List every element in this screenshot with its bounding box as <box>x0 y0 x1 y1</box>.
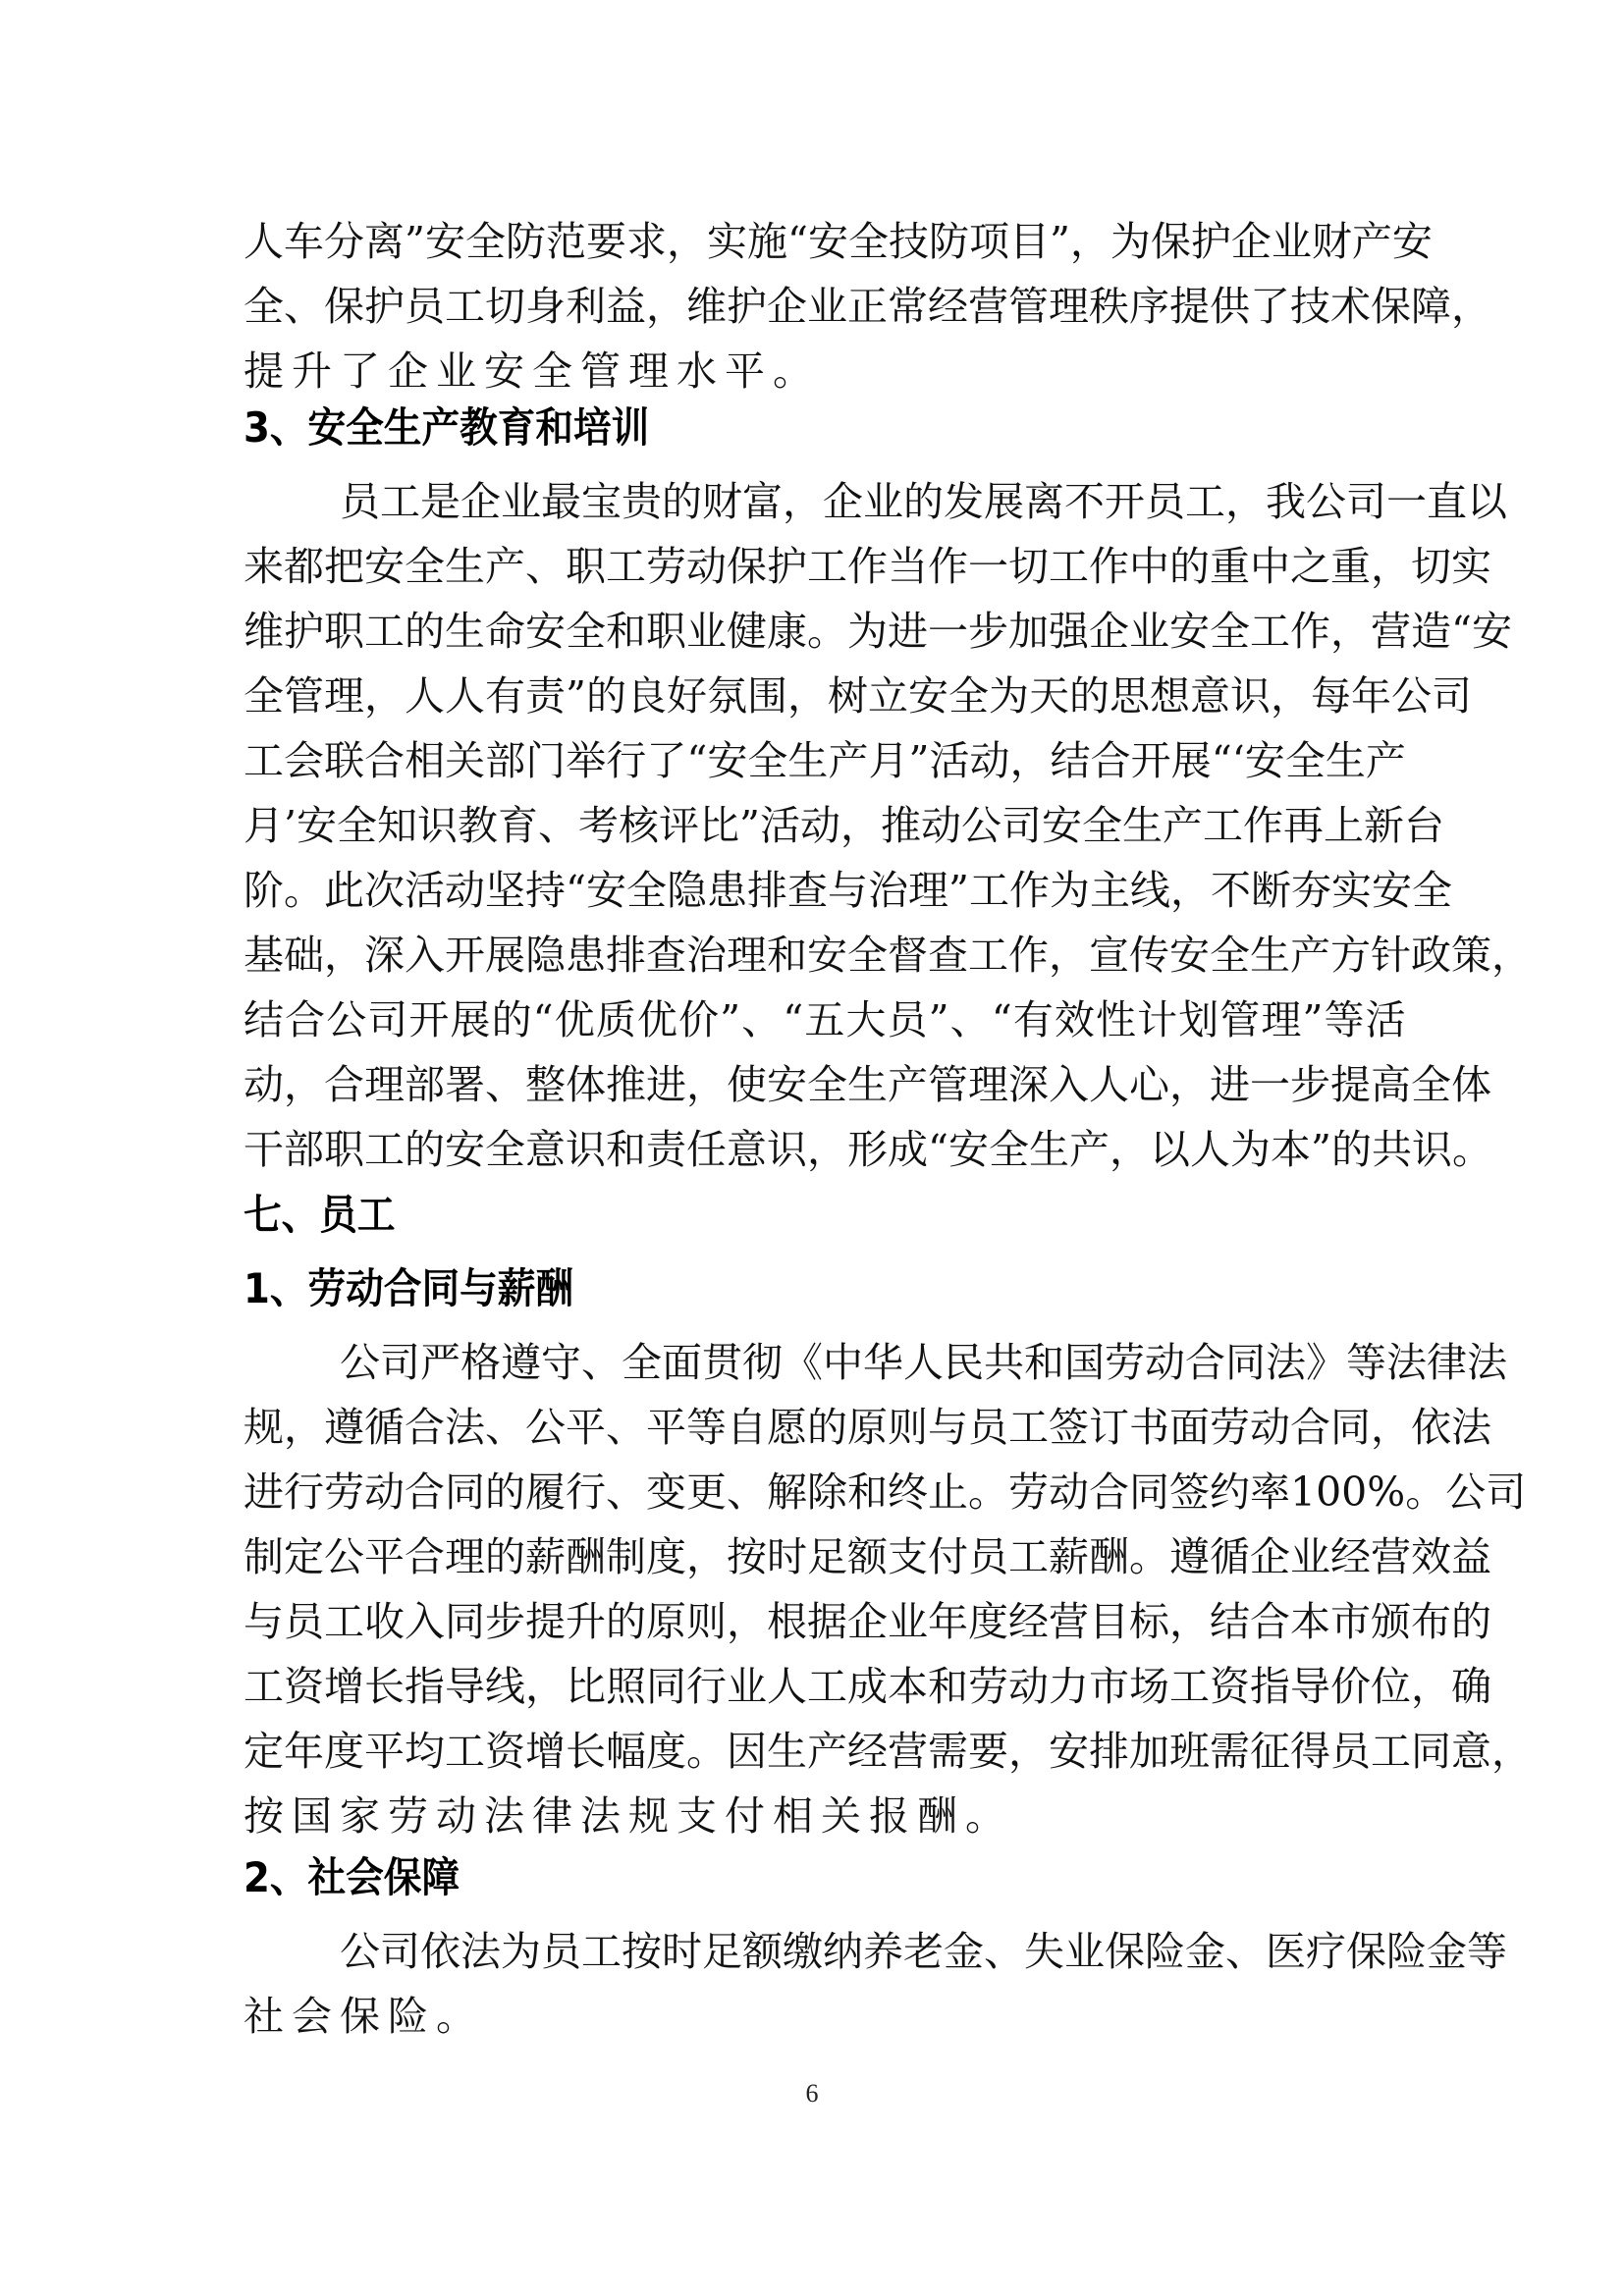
paragraph-line: 月’安全知识教育、考核评比”活动，推动公司安全生产工作再上新台 <box>244 793 1406 858</box>
paragraph-line: 维护职工的生命安全和职业健康。为进一步加强企业安全工作，营造“安 <box>244 599 1406 664</box>
paragraph-line: 工资增长指导线，比照同行业人工成本和劳动力市场工资指导价位，确 <box>244 1654 1406 1719</box>
paragraph-line: 动，合理部署、整体推进，使安全生产管理深入人心，进一步提高全体 <box>244 1052 1406 1117</box>
paragraph-line: 基础，深入开展隐患排查治理和安全督查工作，宣传安全生产方针政策， <box>244 923 1406 988</box>
paragraph-line: 社会保险。 <box>244 1984 1406 2049</box>
chapter-heading-employees: 七、员工 <box>244 1183 396 1248</box>
section-heading-social-security: 2、社会保障 <box>244 1845 460 1910</box>
paragraph-line: 公司严格遵守、全面贯彻《中华人民共和国劳动合同法》等法律法 <box>244 1330 1406 1395</box>
paragraph-line: 进行劳动合同的履行、变更、解除和终止。劳动合同签约率100%。公司 <box>244 1460 1406 1524</box>
paragraph-line: 按国家劳动法律法规支付相关报酬。 <box>244 1784 1406 1848</box>
page-number: 6 <box>0 2079 1624 2109</box>
paragraph-line: 来都把安全生产、职工劳动保护工作当作一切工作中的重中之重，切实 <box>244 534 1406 599</box>
paragraph-line: 全管理，人人有责”的良好氛围，树立安全为天的思想意识，每年公司 <box>244 664 1406 728</box>
paragraph-line: 定年度平均工资增长幅度。因生产经营需要，安排加班需征得员工同意， <box>244 1719 1406 1784</box>
paragraph-line: 阶。此次活动坚持“安全隐患排查与治理”工作为主线，不断夯实安全 <box>244 858 1406 923</box>
paragraph-line: 规，遵循合法、公平、平等自愿的原则与员工签订书面劳动合同，依法 <box>244 1395 1406 1460</box>
paragraph-line: 结合公司开展的“优质优价”、“五大员”、“有效性计划管理”等活 <box>244 988 1406 1052</box>
paragraph-line: 提升了企业安全管理水平。 <box>244 339 1406 403</box>
paragraph-line: 员工是企业最宝贵的财富，企业的发展离不开员工，我公司一直以 <box>244 469 1406 534</box>
paragraph-line: 制定公平合理的薪酬制度，按时足额支付员工薪酬。遵循企业经营效益 <box>244 1524 1406 1589</box>
paragraph-line: 与员工收入同步提升的原则，根据企业年度经营目标，结合本市颁布的 <box>244 1589 1406 1654</box>
paragraph-line: 人车分离”安全防范要求，实施“安全技防项目”，为保护企业财产安 <box>244 209 1406 274</box>
paragraph-line: 干部职工的安全意识和责任意识，形成“安全生产，以人为本”的共识。 <box>244 1117 1406 1182</box>
paragraph-line: 公司依法为员工按时足额缴纳养老金、失业保险金、医疗保险金等 <box>244 1919 1406 1984</box>
paragraph-line: 全、保护员工切身利益，维护企业正常经营管理秩序提供了技术保障， <box>244 274 1406 339</box>
section-heading-labor-contract: 1、劳动合同与薪酬 <box>244 1256 573 1321</box>
section-heading-safety-training: 3、安全生产教育和培训 <box>244 396 649 460</box>
paragraph-line: 工会联合相关部门举行了“安全生产月”活动，结合开展“‘安全生产 <box>244 728 1406 793</box>
